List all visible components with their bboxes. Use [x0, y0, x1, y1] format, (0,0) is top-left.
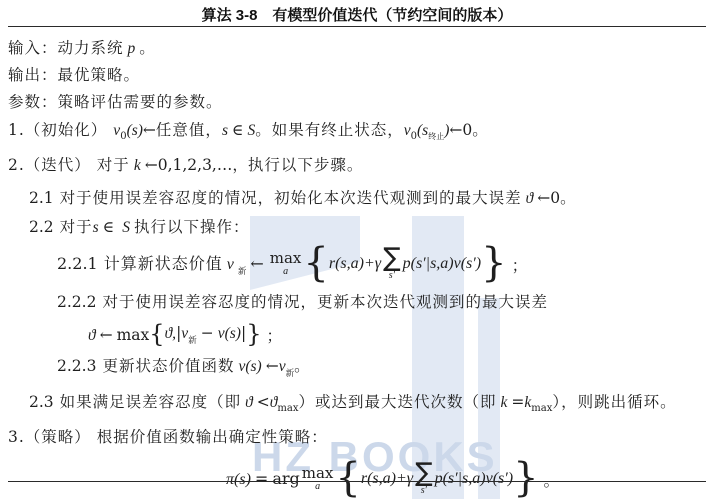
arrow-icon: ← — [143, 121, 156, 139]
equals-sign: = — [255, 469, 268, 488]
output-line: 输出：最优策略。 — [8, 62, 710, 89]
arg-label: arg — [272, 469, 299, 488]
var-v-new: v — [227, 256, 234, 273]
max-operator: maxa — [302, 466, 334, 492]
sub-max: max — [277, 403, 298, 414]
step22-line: 2.2对于s∈S执行以下操作： — [8, 213, 710, 242]
policy-lhs: π(s)=arg — [226, 469, 300, 489]
elem-symbol: ∈ — [103, 218, 114, 236]
output-label: 输出： — [8, 66, 58, 84]
step3-text: 根据价值函数输出确定性策略： — [97, 428, 328, 446]
max-subscript: a — [315, 482, 320, 492]
sub-new: 新 — [286, 369, 295, 379]
set-S: S — [122, 219, 130, 236]
sum-subscript: s′ — [421, 486, 427, 496]
step22-text1: 对于 — [60, 218, 93, 236]
step221-formula-line: 2.2.1计算新状态价值v新← maxa { r(s,a)+γ ∑s′ p(s′… — [8, 242, 710, 286]
step2-line: 2.（迭代）对于k←0,1,2,3,…，执行以下步骤。 — [8, 151, 710, 180]
step222-number: 2.2.2 — [57, 293, 96, 311]
step22-text2: 执行以下操作： — [134, 218, 250, 236]
pi-arg: (s) — [234, 471, 251, 488]
arg-s: (s) — [127, 122, 143, 139]
max-operator: maxa — [270, 251, 302, 277]
step222-text: 对于使用误差容忍度的情况，更新本次迭代观测到的最大误差 — [102, 293, 548, 311]
transition-expr: p(s′|s,a)v(s′) — [435, 470, 514, 488]
minus-sign: − — [201, 324, 214, 342]
theta-arg: ϑ, — [165, 325, 176, 342]
reward-expr: r(s,a)+γ — [361, 470, 413, 488]
var-k: k — [134, 157, 141, 174]
value-expr: v(s) — [218, 325, 241, 342]
zero-value: 0 — [462, 121, 472, 139]
less-than: < — [257, 393, 270, 411]
arrow-icon: ← — [449, 121, 462, 139]
step21-end: 。 — [560, 189, 577, 207]
sub-new: 新 — [238, 267, 247, 277]
arrow-icon: ← — [266, 357, 279, 375]
step3-label: 3.（策略） — [8, 428, 91, 446]
step21-number: 2.1 — [29, 189, 54, 207]
theta-symbol: ϑ — [88, 327, 96, 344]
equals-sign: = — [511, 393, 524, 411]
arrow-icon: ← — [537, 189, 550, 207]
step2-text2: 执行以下步骤。 — [248, 156, 364, 174]
arbitrary-text: 任意值， — [156, 121, 222, 139]
input-end: 。 — [139, 39, 156, 57]
var-p: p — [128, 40, 136, 57]
semicolon: ； — [512, 253, 528, 276]
sum-operator: ∑s′ — [383, 247, 401, 280]
semicolon: ； — [266, 324, 282, 346]
algorithm-title: 算法 3-8 有模型价值迭代（节约空间的版本） — [0, 4, 714, 25]
arrow-icon: ← — [100, 326, 113, 344]
param-line: 参数：策略评估需要的参数。 — [8, 89, 710, 116]
theta-update: ϑ←max — [88, 326, 149, 345]
step222-text-line: 2.2.2对于使用误差容忍度的情况，更新本次迭代观测到的最大误差 — [8, 289, 710, 316]
step221-number: 2.2.1 — [57, 254, 98, 273]
elem-symbol: ∈ — [232, 121, 243, 139]
step2-text1: 对于 — [97, 156, 130, 174]
step221-text: 计算新状态价值 — [104, 254, 223, 273]
step23-number: 2.3 — [29, 393, 54, 411]
max-arguments: ϑ,|v新−v(s)| — [165, 324, 247, 346]
output-text: 最优策略。 — [58, 66, 141, 84]
arrow-icon: ← — [250, 254, 263, 273]
step223-text: 更新状态价值函数 — [102, 357, 234, 375]
var-v-new: v — [279, 358, 286, 375]
var-s: s — [222, 122, 228, 139]
var-v0b: v — [404, 122, 411, 139]
algorithm-body: 输入：动力系统p。 输出：最优策略。 参数：策略评估需要的参数。 1.（初始化）… — [8, 35, 710, 499]
param-text: 策略评估需要的参数。 — [58, 93, 223, 111]
step1-line: 1.（初始化）v0(s)←任意值，s∈S。如果有终止状态，v0(s终止)←0。 — [8, 116, 710, 151]
param-label: 参数： — [8, 93, 58, 111]
transition-expr: p(s′|s,a)v(s′) — [403, 255, 482, 273]
step23-text1: 如果满足误差容忍度（即 — [60, 393, 242, 411]
value-fn: v(s) — [238, 358, 261, 375]
step1-end: 。 — [472, 121, 489, 139]
max-label: max — [270, 251, 302, 266]
step1-mid: 。如果有终止状态， — [255, 121, 404, 139]
step1-label: 1.（初始化） — [8, 121, 107, 139]
sum-subscript: s′ — [389, 271, 395, 281]
arrow-icon: ← — [145, 156, 158, 174]
step21-line: 2.1对于使用误差容忍度的情况，初始化本次迭代观测到的最大误差ϑ←0。 — [8, 184, 710, 213]
theta-symbol: ϑ — [245, 394, 253, 411]
sub-max: max — [531, 403, 552, 414]
sum-operator: ∑s′ — [415, 462, 433, 495]
period: 。 — [544, 468, 560, 491]
max-subscript: a — [283, 267, 288, 277]
theta-symbol: ϑ — [526, 190, 534, 207]
reward-expr: r(s,a)+γ — [329, 255, 381, 273]
step222-formula-line: ϑ←max { ϑ,|v新−v(s)| } ； — [8, 318, 710, 352]
max-label: max — [302, 466, 334, 481]
step3-line: 3.（策略）根据价值函数输出确定性策略： — [8, 423, 710, 451]
policy-formula-line: π(s)=arg maxa { r(s,a)+γ ∑s′ p(s′|s,a)v(… — [8, 455, 710, 499]
input-text: 动力系统 — [58, 39, 124, 57]
sub-new: 新 — [188, 336, 197, 346]
k-sequence: 0,1,2,3,…， — [158, 156, 248, 174]
step223-line: 2.2.3更新状态价值函数v(s)←v新。 — [8, 352, 710, 388]
var-k: k — [501, 394, 508, 411]
max-label: max — [117, 326, 150, 344]
bottom-rule — [8, 481, 706, 482]
zero-value: 0 — [550, 189, 560, 207]
top-rule — [8, 26, 706, 27]
algorithm-page: HZ BOOKS 算法 3-8 有模型价值迭代（节约空间的版本） 输入：动力系统… — [0, 0, 714, 499]
step23-text3: ），则跳出循环。 — [552, 393, 676, 411]
step23-line: 2.3如果满足误差容忍度（即ϑ<ϑmax）或达到最大迭代次数（即k=kmax），… — [8, 388, 710, 423]
pi-symbol: π — [226, 471, 234, 488]
step223-number: 2.2.3 — [57, 357, 96, 375]
sub-terminal: 终止 — [428, 132, 444, 141]
input-line: 输入：动力系统p。 — [8, 35, 710, 62]
sigma-symbol: ∑ — [383, 247, 401, 269]
step221-lead: 2.2.1计算新状态价值v新← — [57, 251, 268, 277]
step23-text2: ）或达到最大迭代次数（即 — [298, 393, 496, 411]
var-s: s — [93, 219, 99, 236]
step223-end: 。 — [294, 357, 311, 375]
input-label: 输入： — [8, 39, 58, 57]
step21-text: 对于使用误差容忍度的情况，初始化本次迭代观测到的最大误差 — [60, 189, 522, 207]
step2-label: 2.（迭代） — [8, 156, 91, 174]
step22-number: 2.2 — [29, 218, 54, 236]
